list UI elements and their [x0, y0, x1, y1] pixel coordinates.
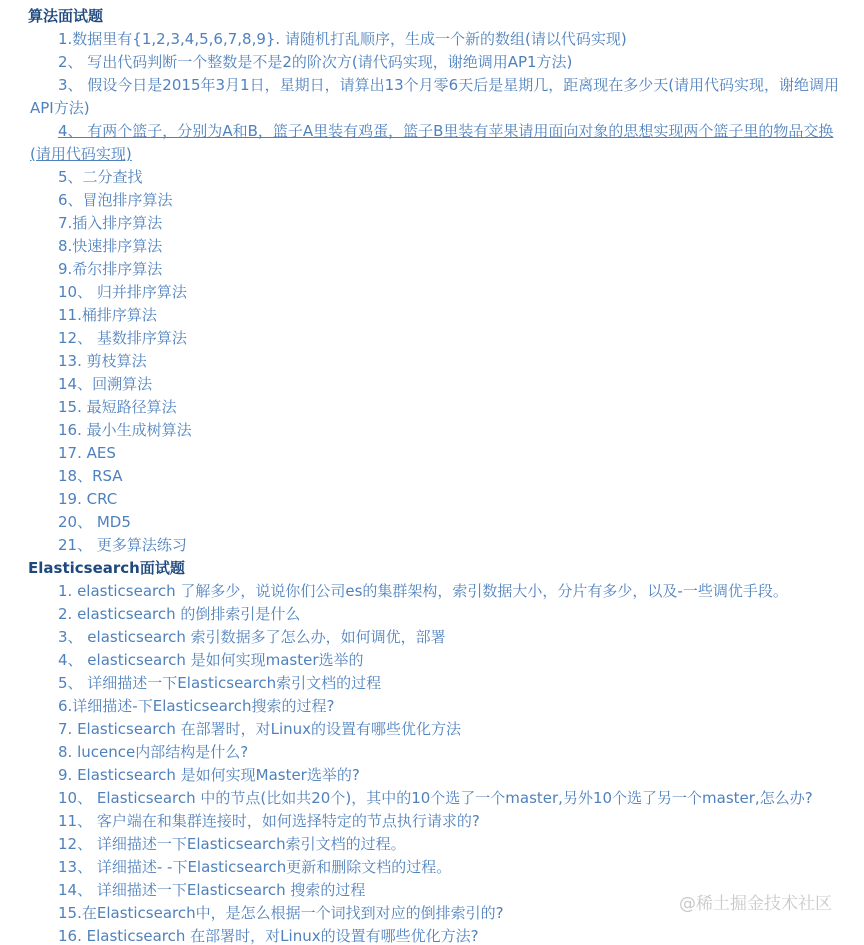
- question-item: 5、二分查找: [30, 166, 848, 189]
- section-heading-1: 算法面试题: [28, 5, 864, 28]
- question-item: 3、 假设今日是2015年3月1日，星期日，请算出13个月零6天后是星期几，距离…: [30, 74, 848, 120]
- question-item: 18、RSA: [30, 465, 848, 488]
- question-item: 13、 详细描述- -下Elasticsearch更新和删除文档的过程。: [30, 856, 848, 879]
- question-item: 7. Elasticsearch 在部署时，对Linux的设置有哪些优化方法: [30, 718, 848, 741]
- question-item: 2、 写出代码判断一个整数是不是2的阶次方(请代码实现，谢绝调用AP1方法): [30, 51, 848, 74]
- question-item: 16. Elasticsearch 在部署时，对Linux的设置有哪些优化方法?: [30, 925, 848, 945]
- question-item: 15. 最短路径算法: [30, 396, 848, 419]
- question-item: 8. lucence内部结构是什么?: [30, 741, 848, 764]
- section-heading-2: Elasticsearch面试题: [28, 557, 864, 580]
- question-item: 4、 elasticsearch 是如何实现master选举的: [30, 649, 848, 672]
- question-item: 9.希尔排序算法: [30, 258, 848, 281]
- question-item: 10、 Elasticsearch 中的节点(比如共20个)，其中的10个选了一…: [30, 787, 848, 810]
- question-item: 12、 详细描述一下Elasticsearch索引文档的过程。: [30, 833, 848, 856]
- question-item: 2. elasticsearch 的倒排索引是什么: [30, 603, 848, 626]
- question-item: 9. Elasticsearch 是如何实现Master选举的?: [30, 764, 848, 787]
- question-item: 21、 更多算法练习: [30, 534, 848, 557]
- question-item: 8.快速排序算法: [30, 235, 848, 258]
- question-item: 11、 客户端在和集群连接时，如何选择特定的节点执行请求的?: [30, 810, 848, 833]
- juejin-watermark: @稀土掘金技术社区: [679, 893, 832, 916]
- question-item: 20、 MD5: [30, 511, 848, 534]
- question-item: 6.详细描述-下Elasticsearch搜索的过程?: [30, 695, 848, 718]
- document-body: 算法面试题1.数据里有{1,2,3,4,5,6,7,8,9}. 请随机打乱顺序，…: [0, 0, 864, 945]
- question-item: 1.数据里有{1,2,3,4,5,6,7,8,9}. 请随机打乱顺序，生成一个新…: [30, 28, 848, 51]
- question-item: 11.桶排序算法: [30, 304, 848, 327]
- question-item: 5、 详细描述一下Elasticsearch索引文档的过程: [30, 672, 848, 695]
- question-item: 13. 剪枝算法: [30, 350, 848, 373]
- question-item: 16. 最小生成树算法: [30, 419, 848, 442]
- question-item-link[interactable]: 4、 有两个篮子，分别为A和B，篮子A里装有鸡蛋，篮子B里装有苹果请用面向对象的…: [30, 120, 848, 166]
- question-item: 7.插入排序算法: [30, 212, 848, 235]
- question-item: 14、回溯算法: [30, 373, 848, 396]
- question-item: 12、 基数排序算法: [30, 327, 848, 350]
- question-item: 3、 elasticsearch 索引数据多了怎么办，如何调优，部署: [30, 626, 848, 649]
- question-item: 1. elasticsearch 了解多少，说说你们公司es的集群架构，索引数据…: [30, 580, 848, 603]
- question-item: 17. AES: [30, 442, 848, 465]
- question-item: 19. CRC: [30, 488, 848, 511]
- question-item: 10、 归并排序算法: [30, 281, 848, 304]
- question-item: 6、冒泡排序算法: [30, 189, 848, 212]
